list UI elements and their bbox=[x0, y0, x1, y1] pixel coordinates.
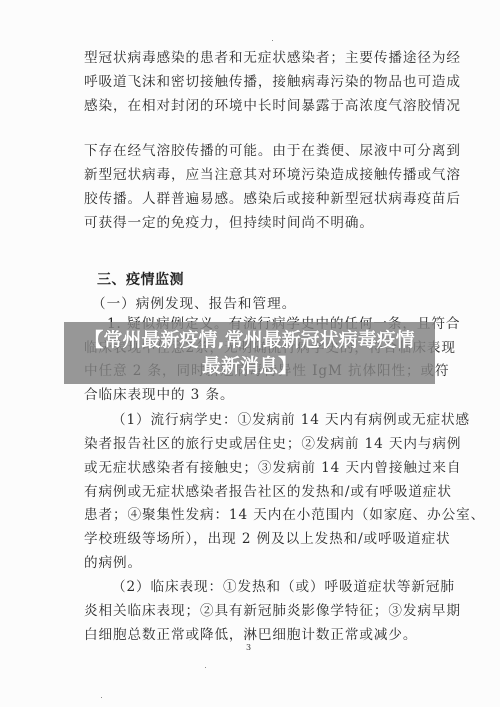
paragraph-line: 有病例或无症状感染者报告社区的发热和/或有呼吸道症状 bbox=[84, 484, 418, 501]
section-heading: 三、疫情监测 bbox=[97, 269, 184, 289]
paragraph-line: 感染，在相对封闭的环境中长时间暴露于高浓度气溶胶情况 bbox=[84, 98, 418, 115]
title-banner: 【常州最新疫情,常州最新冠状病毒疫情最新消息】 bbox=[64, 322, 435, 384]
paragraph-line: 胶传播。人群普遍易感。感染后或接种新型冠状病毒疫苗后 bbox=[84, 191, 418, 208]
scan-speck bbox=[272, 40, 273, 41]
paragraph-line: （1）流行病学史：①发病前 14 天内有病例或无症状感 bbox=[112, 412, 418, 429]
paragraph-line: 炎相关临床表现；②具有新冠肺炎影像学特征；③发病早期 bbox=[84, 603, 418, 620]
paragraph-line: 染者报告社区的旅行史或居住史；②发病前 14 天内与病例 bbox=[84, 436, 418, 453]
paragraph-line: 或无症状感染者有接触史；③发病前 14 天内曾接触过来自 bbox=[84, 460, 418, 477]
scan-speck bbox=[101, 697, 102, 698]
paragraph-line: 下存在经气溶胶传播的可能。由于在粪便、尿液中可分离到 bbox=[84, 143, 418, 160]
paragraph-line: 合临床表现中的 3 条。 bbox=[84, 387, 418, 404]
paragraph-line: 白细胞总数正常或降低，淋巴细胞计数正常或减少。 bbox=[84, 627, 418, 644]
paragraph-line: 学校班级等场所），出现 2 例及以上发热和/或呼吸道症状 bbox=[84, 531, 418, 548]
paragraph-line: 型冠状病毒感染的患者和无症状感染者；主要传播途径为经 bbox=[84, 50, 418, 67]
paragraph-line: 可获得一定的免疫力，但持续时间尚不明确。 bbox=[84, 215, 418, 232]
paragraph-line: 呼吸道飞沫和密切接触传播，接触病毒污染的物品也可造成 bbox=[84, 74, 418, 91]
banner-title: 【常州最新疫情,常州最新冠状病毒疫情最新消息】 bbox=[77, 327, 422, 379]
subsection-heading: （一）病例发现、报告和管理。 bbox=[92, 292, 296, 312]
page-number: 3 bbox=[246, 643, 251, 652]
paragraph-line: 患者；④聚集性发病：14 天内在小范围内（如家庭、办公室、 bbox=[84, 507, 418, 524]
scan-speck bbox=[205, 667, 206, 668]
paragraph-line: 新型冠状病毒，应当注意其对环境污染造成接触传播或气溶 bbox=[84, 167, 418, 184]
paragraph-line: （2）临床表现：①发热和（或）呼吸道症状等新冠肺 bbox=[112, 579, 418, 596]
paragraph-line: 的病例。 bbox=[84, 555, 418, 572]
